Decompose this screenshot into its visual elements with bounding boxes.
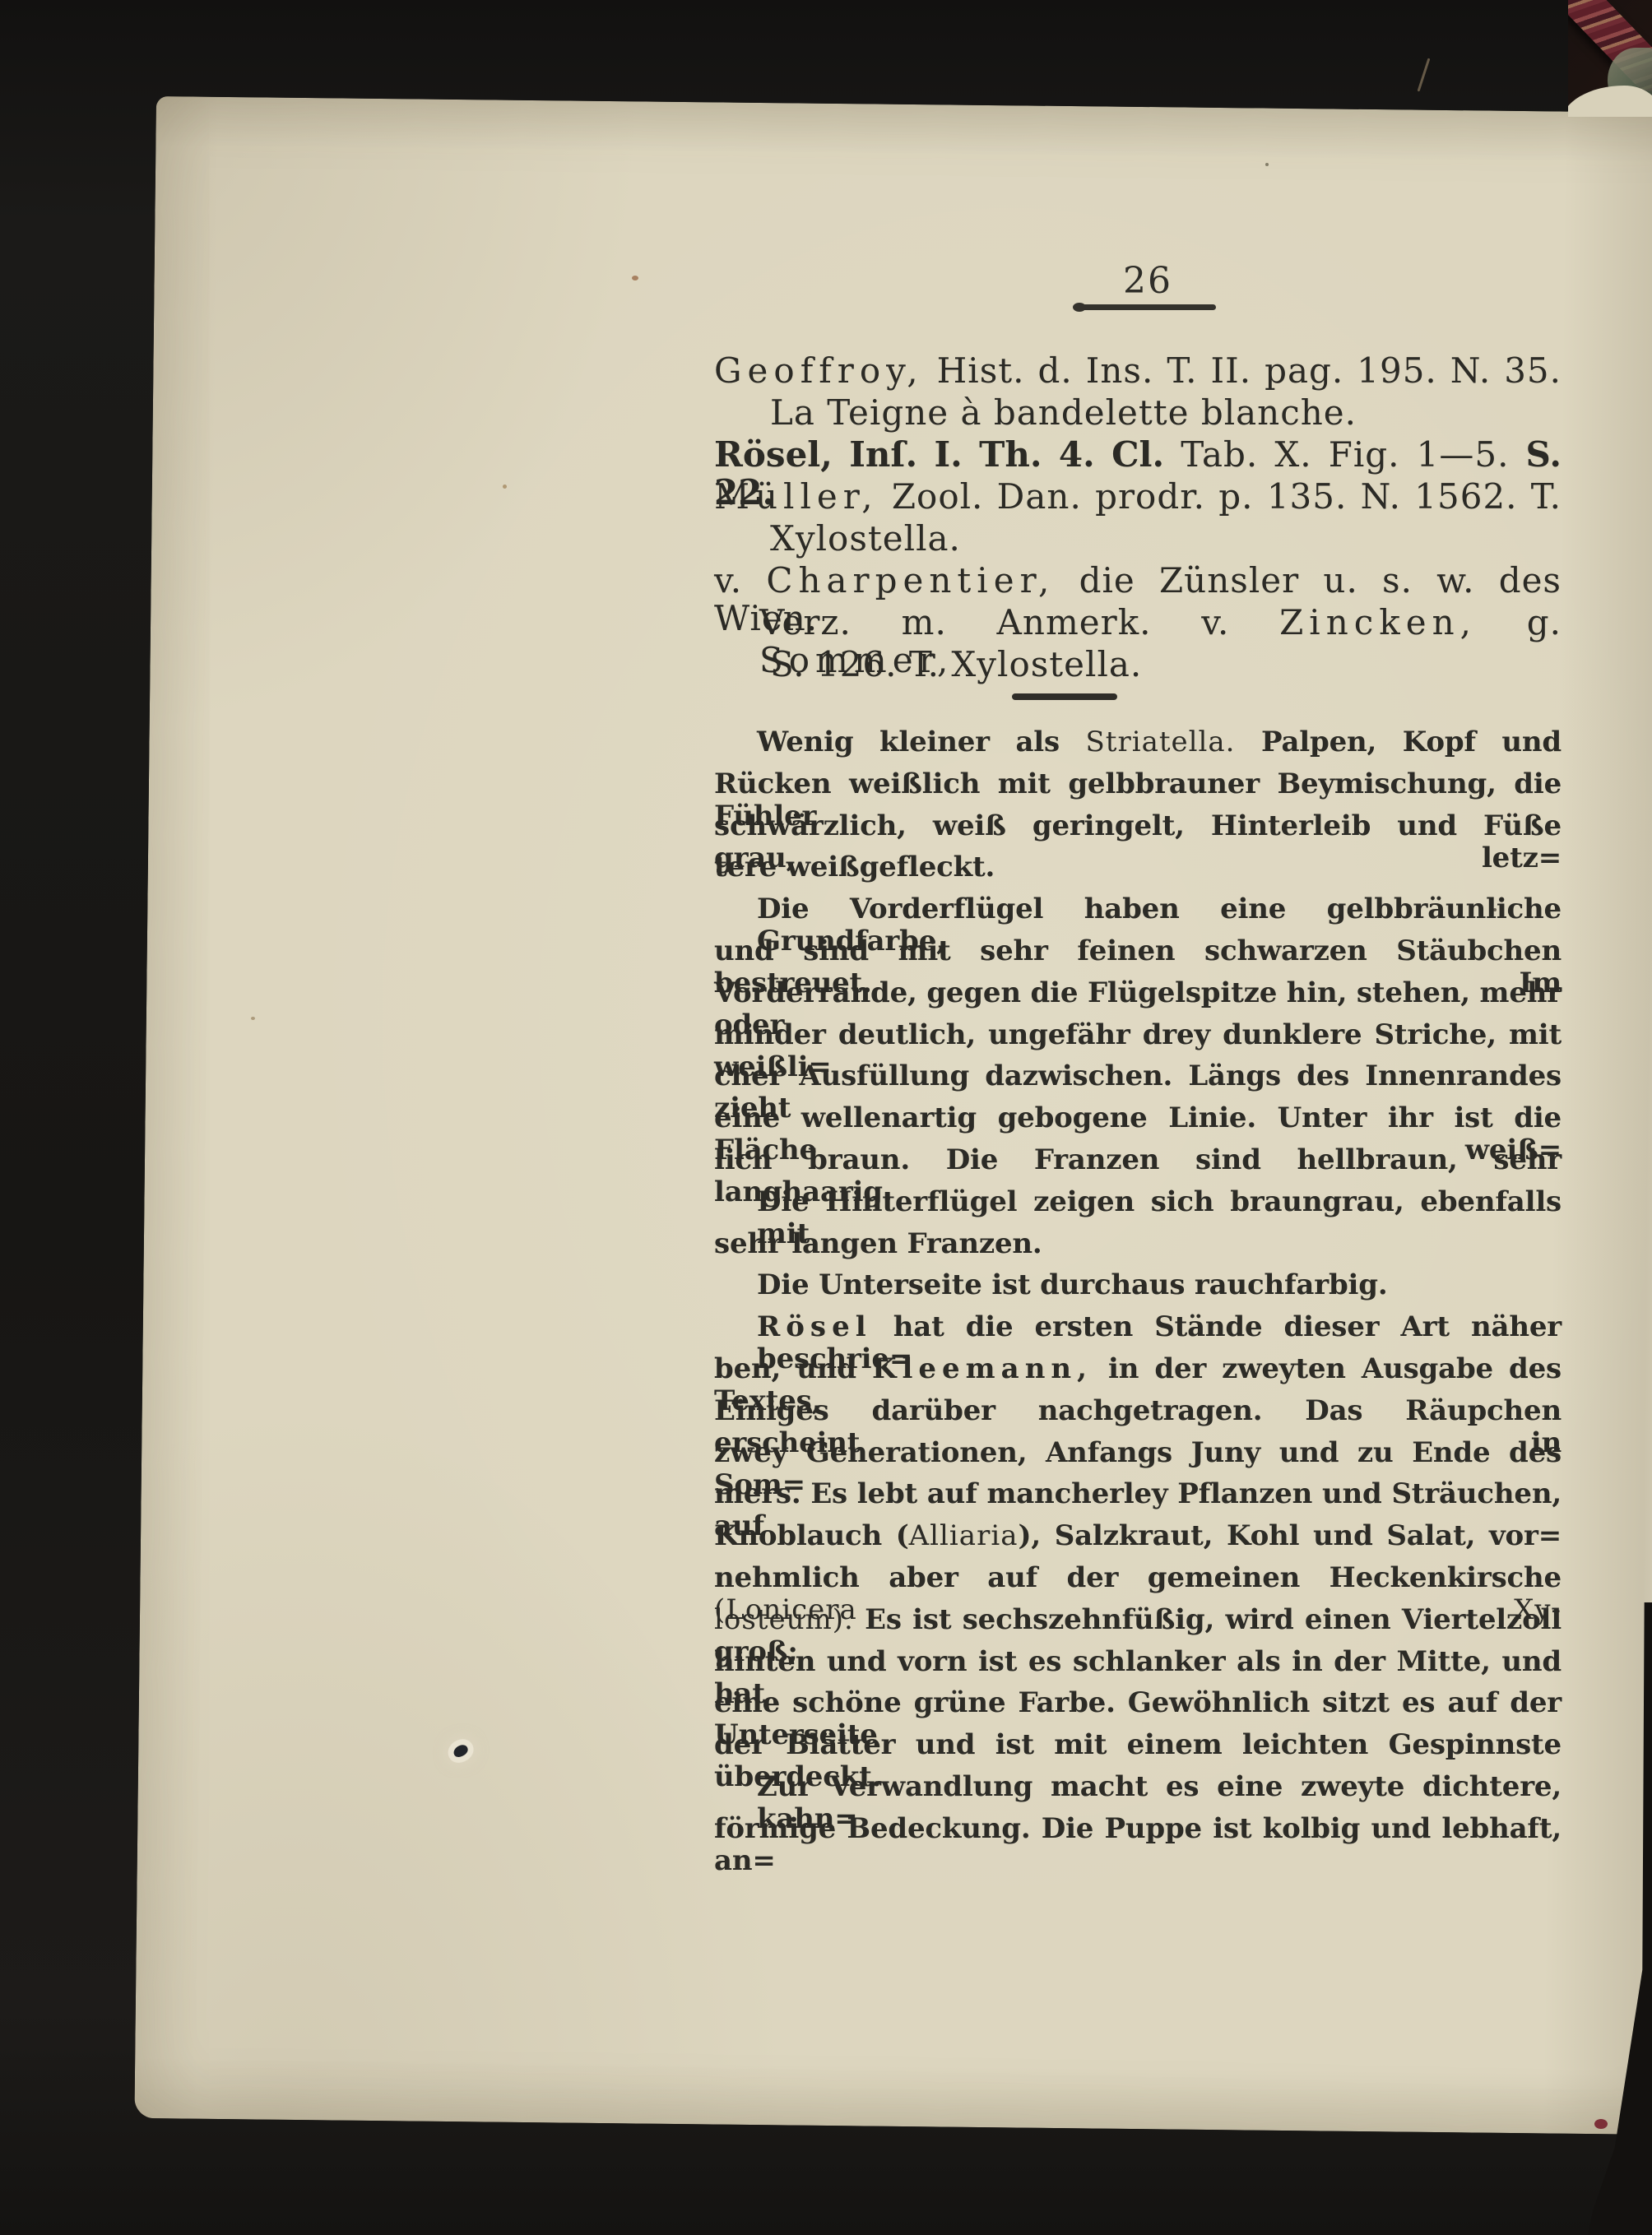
book-headband-corner <box>1568 0 1652 117</box>
body-text: tere weißgefleckt. <box>714 851 995 883</box>
latin-name: Alliaria <box>909 1519 1019 1552</box>
page-corner-curve <box>1568 86 1652 117</box>
species-name: Striatella. <box>1086 726 1236 758</box>
author-name: Zincken, <box>1279 602 1477 642</box>
body-line: Wenig kleiner als Striatella. Palpen, Ko… <box>714 726 1562 758</box>
section-divider-rule <box>1012 693 1117 700</box>
author-name: Kleemann, <box>872 1352 1093 1385</box>
author-name: Rösel, Inſ. I. Th. 4. Cl. <box>714 434 1164 475</box>
citation-text: Verz. m. Anmerk. v. <box>759 602 1279 642</box>
body-line: förmige Bedeckung. Die Puppe ist kolbig … <box>714 1813 1562 1877</box>
citation-text: Tab. X. Fig. 1—5. <box>1164 434 1525 475</box>
bibliography-line: Xylostella. <box>714 520 1562 558</box>
body-text: sehr langen Franzen. <box>714 1227 1042 1260</box>
author-name: Geoffroy, <box>714 350 924 391</box>
binding-red-speck <box>1594 2119 1608 2129</box>
body-line: sehr langen Franzen. <box>714 1228 1562 1260</box>
page-number-rule <box>1078 304 1216 310</box>
scanned-book-photo: { "document": { "kind": "scanned book pa… <box>0 0 1652 2235</box>
author-name: Rösel <box>757 1310 872 1343</box>
page-number: 26 <box>1079 260 1216 302</box>
body-line: Knoblauch (Alliaria), Salzkraut, Kohl un… <box>714 1520 1562 1552</box>
citation-text: v. <box>714 560 766 600</box>
body-text: Palpen, Kopf und <box>1235 726 1562 758</box>
bibliography-line: La Teigne à bandelette blanche. <box>714 394 1562 432</box>
citation-text: La Teigne à bandelette blanche. <box>770 392 1357 433</box>
bibliography-line: Müller, Zool. Dan. prodr. p. 135. N. 156… <box>714 478 1562 516</box>
citation-text: S. 126. T. Xylostella. <box>770 644 1142 684</box>
citation-text: Hist. d. Ins. T. II. pag. 195. N. 35. <box>924 350 1562 391</box>
body-text: förmige Bedeckung. Die Puppe ist kolbig … <box>714 1812 1562 1877</box>
author-name: Müller, <box>714 476 879 517</box>
body-text: ben, und <box>714 1352 872 1385</box>
bibliography-line: S. 126. T. Xylostella. <box>714 646 1562 684</box>
body-text: nehmlich aber auf der gemeinen Heckenkir… <box>714 1561 1562 1594</box>
body-line: Die Unterseite ist durchaus rauchfarbig. <box>714 1269 1562 1301</box>
citation-text: g. <box>1477 602 1562 642</box>
citation-text: Zool. Dan. prodr. p. 135. N. 1562. T. <box>879 476 1562 517</box>
body-text: Wenig kleiner als <box>757 726 1086 758</box>
bibliography-line: Geoffroy, Hist. d. Ins. T. II. pag. 195.… <box>714 352 1562 390</box>
printed-content: 26 Geoffroy, Hist. d. Ins. T. II. pag. 1… <box>0 0 1652 2235</box>
body-text: Knoblauch ( <box>714 1519 909 1552</box>
body-text: Die Unterseite ist durchaus rauchfarbig. <box>757 1268 1387 1301</box>
author-name: Charpentier, <box>766 560 1055 600</box>
latin-name: losteum). <box>714 1603 854 1636</box>
body-line: tere weißgefleckt. <box>714 851 1562 883</box>
body-text: ), Salzkraut, Kohl und Salat, vor= <box>1018 1519 1562 1552</box>
citation-text: Xylostella. <box>770 518 961 559</box>
